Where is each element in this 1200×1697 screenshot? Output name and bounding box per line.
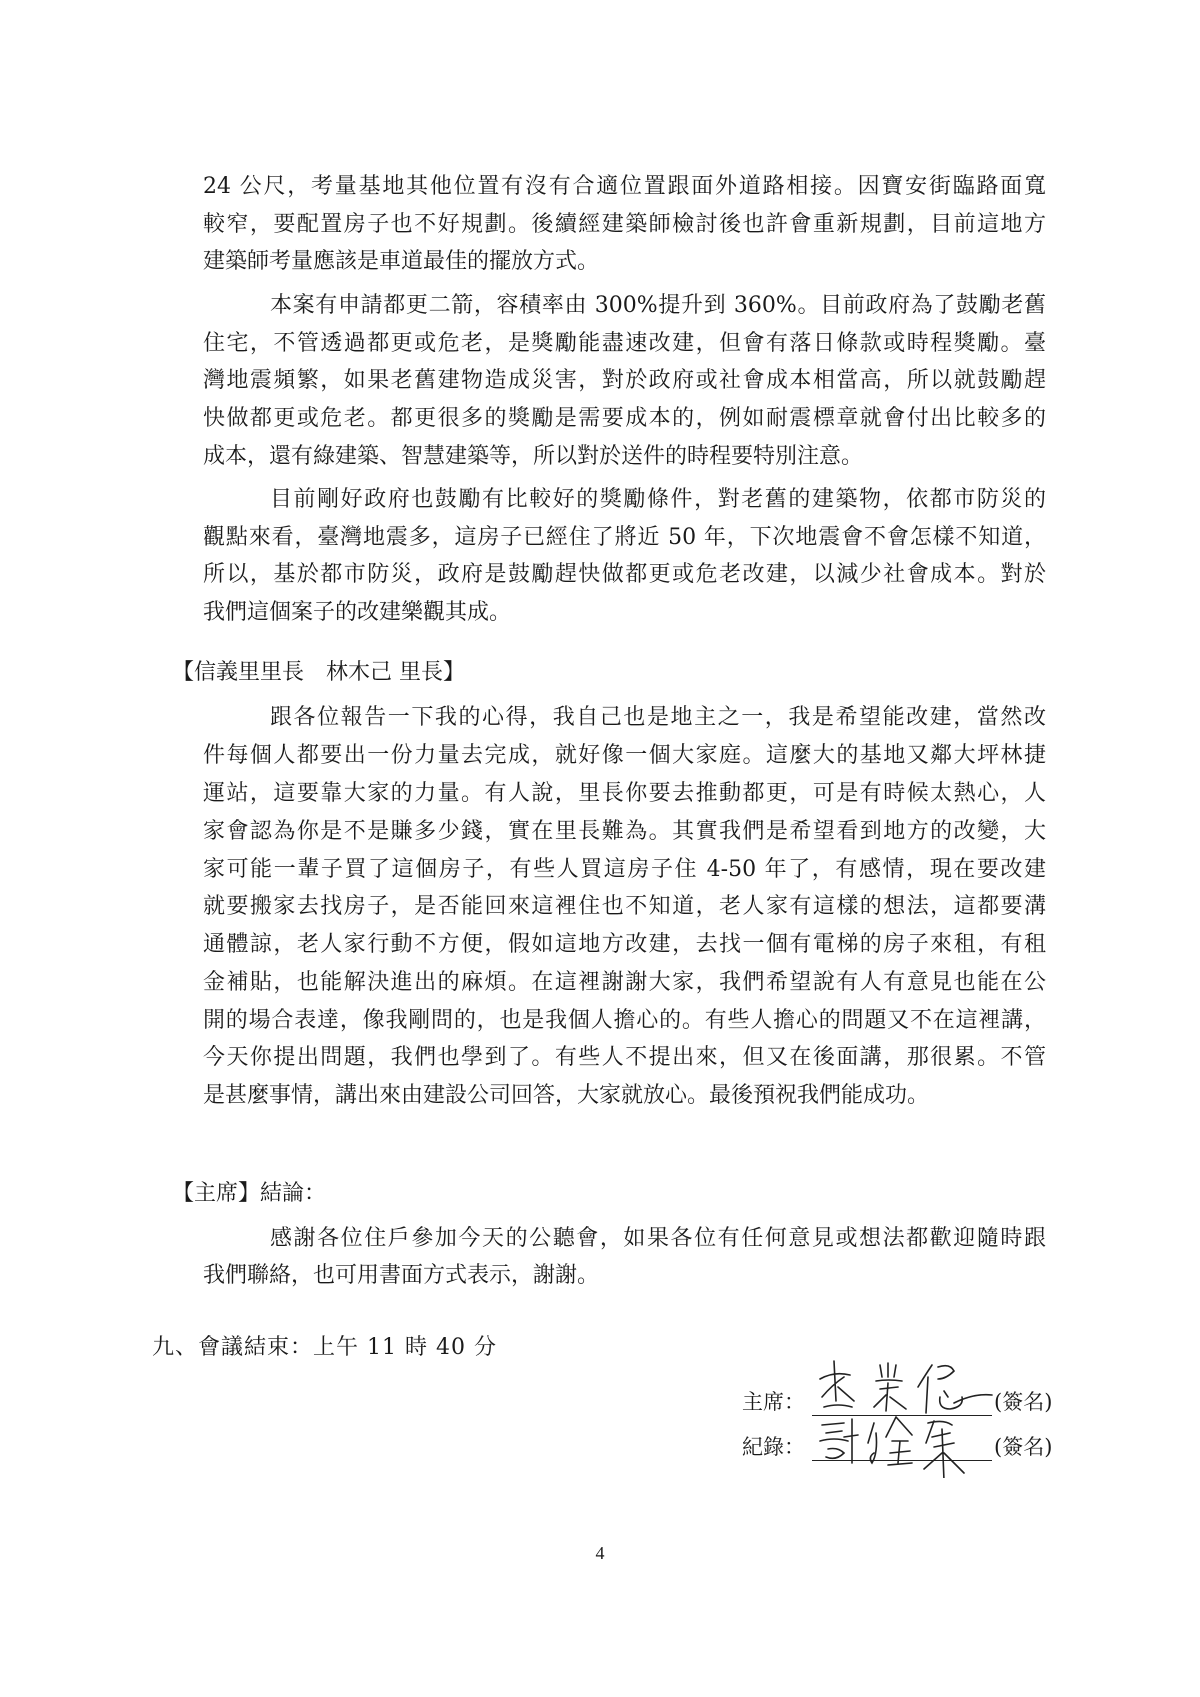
document-page: 24 公尺，考量基地其他位置有沒有合適位置跟面外道路相接。因寶安街臨路面寬 較窄…: [0, 0, 1200, 1697]
recorder-signature-label: 紀錄：: [742, 1430, 805, 1464]
chair-signature-note: (簽名): [994, 1385, 1052, 1419]
paragraph-2-line-5: 成本，還有綠建築、智慧建築等，所以對於送件的時程要特別注意。: [203, 442, 1046, 472]
paragraph-3-line-4: 我們這個案子的改建樂觀其成。: [203, 598, 1046, 628]
paragraph-4-line-5: 家可能一輩子買了這個房子，有些人買這房子住 4-50 年了，有感情，現在要改建: [203, 855, 1046, 885]
paragraph-3-line-1: 目前剛好政府也鼓勵有比較好的獎勵條件，對老舊的建築物，依都市防災的: [270, 485, 1046, 515]
paragraph-2-line-4: 快做都更或危老。都更很多的獎勵是需要成本的，例如耐震標章就會付出比較多的: [203, 404, 1046, 434]
chair-conclusion-heading: 【主席】結論：: [172, 1179, 326, 1209]
paragraph-1-line-2: 較窄，要配置房子也不好規劃。後續經建築師檢討後也許會重新規劃，目前這地方: [203, 210, 1046, 240]
paragraph-3-line-3: 所以，基於都市防災，政府是鼓勵趕快做都更或危老改建，以減少社會成本。對於: [203, 560, 1046, 590]
paragraph-1-line-1: 24 公尺，考量基地其他位置有沒有合適位置跟面外道路相接。因寶安街臨路面寬: [203, 172, 1046, 202]
paragraph-5-line-1: 感謝各位住戶參加今天的公聽會，如果各位有任何意見或想法都歡迎隨時跟: [270, 1224, 1046, 1254]
recorder-signature-note: (簽名): [994, 1430, 1052, 1464]
paragraph-1-line-3: 建築師考量應該是車道最佳的擺放方式。: [203, 247, 1046, 277]
recorder-signature-block: 紀錄： (簽名): [742, 1430, 1062, 1464]
speaker-heading: 【信義里里長 林木己 里長】: [172, 658, 465, 688]
recorder-signature-line: [812, 1460, 992, 1461]
paragraph-4-line-6: 就要搬家去找房子，是否能回來這裡住也不知道，老人家有這樣的想法，這都要溝: [203, 892, 1046, 922]
paragraph-2-line-3: 灣地震頻繁，如果老舊建物造成災害，對於政府或社會成本相當高，所以就鼓勵趕: [203, 366, 1046, 396]
paragraph-4-line-10: 今天你提出問題，我們也學到了。有些人不提出來，但又在後面講，那很累。不管: [203, 1043, 1046, 1073]
paragraph-4-line-7: 通體諒，老人家行動不方便，假如這地方改建，去找一個有電梯的房子來租，有租: [203, 930, 1046, 960]
recorder-handwritten-signature-icon: [814, 1408, 994, 1478]
paragraph-4-line-2: 件每個人都要出一份力量去完成，就好像一個大家庭。這麼大的基地又鄰大坪林捷: [203, 741, 1046, 771]
paragraph-2-line-2: 住宅，不管透過都更或危老，是獎勵能盡速改建，但會有落日條款或時程獎勵。臺: [203, 329, 1046, 359]
chair-signature-label: 主席：: [742, 1385, 805, 1419]
paragraph-4-line-1: 跟各位報告一下我的心得，我自己也是地主之一，我是希望能改建，當然改: [270, 703, 1046, 733]
paragraph-5-line-2: 我們聯絡，也可用書面方式表示，謝謝。: [203, 1261, 1046, 1291]
paragraph-4-line-3: 運站，這要靠大家的力量。有人說，里長你要去推動都更，可是有時候太熱心，人: [203, 779, 1046, 809]
paragraph-4-line-8: 金補貼，也能解決進出的麻煩。在這裡謝謝大家，我們希望說有人有意見也能在公: [203, 968, 1046, 998]
page-number: 4: [0, 1543, 1200, 1564]
paragraph-4-line-11: 是甚麼事情，講出來由建設公司回答，大家就放心。最後預祝我們能成功。: [203, 1081, 1046, 1111]
paragraph-4-line-9: 開的場合表達，像我剛問的，也是我個人擔心的。有些人擔心的問題又不在這裡講，: [203, 1006, 1046, 1036]
paragraph-4-line-4: 家會認為你是不是賺多少錢，實在里長難為。其實我們是希望看到地方的改變，大: [203, 817, 1046, 847]
paragraph-2-line-1: 本案有申請都更二箭，容積率由 300%提升到 360%。目前政府為了鼓勵老舊: [270, 291, 1046, 321]
meeting-end-time: 九、會議結束：上午 11 時 40 分: [152, 1333, 497, 1363]
paragraph-3-line-2: 觀點來看，臺灣地震多，這房子已經住了將近 50 年，下次地震會不會怎樣不知道，: [203, 523, 1046, 553]
